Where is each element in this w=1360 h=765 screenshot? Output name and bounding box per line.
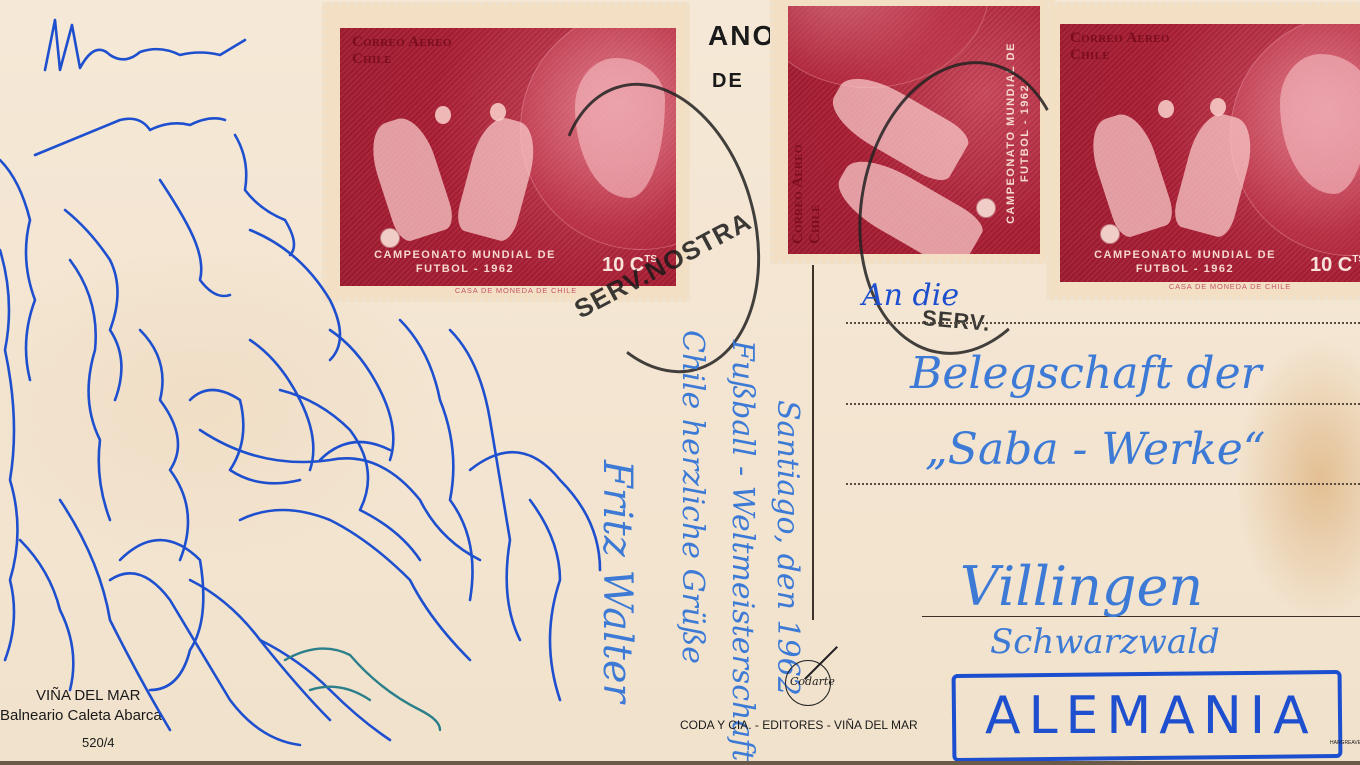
team-autographs <box>0 0 660 765</box>
message-line-date: Santiago, den 1962 <box>770 400 805 696</box>
message-line-1: Fußball - Weltmeisterschaft <box>725 340 760 761</box>
codarte-logo: Codarte <box>785 660 831 706</box>
footballer-illustration <box>1083 108 1177 241</box>
postcard-divider <box>812 265 814 620</box>
stamp-country: Correo Aereo Chile <box>1070 30 1170 64</box>
address-salutation: An die <box>862 278 959 313</box>
football-icon <box>1100 224 1120 244</box>
stamp-artwork: Correo Aereo Chile CAMPEONATO MUNDIAL DE… <box>1060 24 1360 282</box>
address-city: Villingen <box>960 555 1203 618</box>
publisher-line: CODA Y CIA. - EDITORES - VIÑA DEL MAR <box>680 718 918 732</box>
address-country: ALEMANIA <box>985 686 1317 746</box>
address-region: Schwarzwald <box>990 622 1220 662</box>
message-line-2: Chile herzliche Grüße <box>675 330 710 664</box>
address-line2: „Saba - Werke“ <box>925 424 1265 475</box>
card-edge <box>0 761 1360 765</box>
address-line <box>846 483 1360 485</box>
postcard-back: ANO DE Correo Aereo Chile CAMPEONATO MUN… <box>0 0 1360 765</box>
stamp-event: CAMPEONATO MUNDIAL DE FUTBOL - 1962 <box>1070 248 1300 276</box>
stamp-value: 10 CTS <box>1310 254 1360 277</box>
stamp-world-cup-1962-right: Correo Aereo Chile CAMPEONATO MUNDIAL DE… <box>1046 2 1360 300</box>
stamp-printer: CASA DE MONEDA DE CHILE <box>1130 282 1330 291</box>
address-line <box>846 322 1360 324</box>
stamp-country: Correo Aereo Chile <box>790 124 824 244</box>
header-fragment-line2: DE <box>712 70 744 93</box>
header-fragment-line1: ANO <box>708 20 776 52</box>
address-line1: Belegschaft der <box>910 348 1262 399</box>
address-line <box>846 403 1360 405</box>
printer-mark: HARGREAVES <box>1330 740 1360 746</box>
